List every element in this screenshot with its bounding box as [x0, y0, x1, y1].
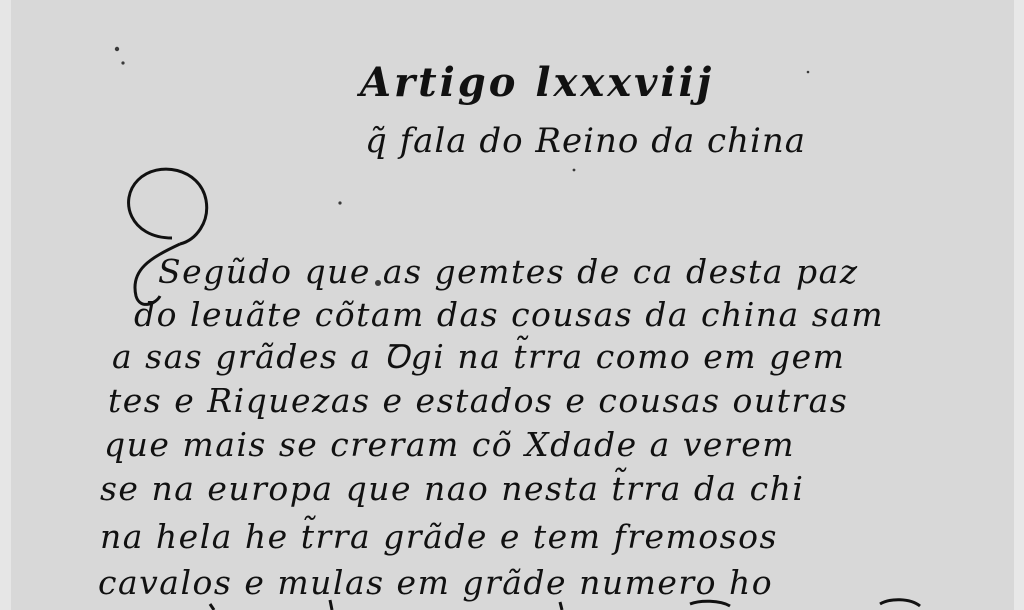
ink-speck — [115, 47, 119, 51]
manuscript-page: Artigo lxxxviij q̃ fala do Reino da chin… — [0, 0, 1024, 610]
manuscript-line-3: a sas grãdes a Ꝺgi na t̃rra como em gem — [112, 334, 845, 376]
manuscript-line-4: tes e Riquezas e estados e cousas outras — [108, 381, 848, 420]
manuscript-line-5: que mais se creram cõ Xdade a verem — [104, 425, 795, 464]
ink-speck — [573, 169, 576, 172]
chapter-subheading: q̃ fala do Reino da china — [365, 121, 806, 161]
manuscript-line-1: Segũdo que as gemtes de ca desta paz — [158, 252, 859, 291]
manuscript-text-layer: Artigo lxxxviij q̃ fala do Reino da chin… — [0, 0, 1024, 610]
chapter-heading: Artigo lxxxviij — [356, 59, 714, 106]
manuscript-line-2: do leuãte cõtam das cousas da china sam — [134, 295, 884, 334]
ink-speck — [338, 201, 341, 204]
ink-speck — [121, 61, 124, 64]
manuscript-line-7: na hela he t̃rra grãde e tem fremosos — [100, 514, 778, 556]
ink-speck — [807, 71, 810, 74]
manuscript-line-6: se na europa que nao nesta t̃rra da chi — [100, 466, 804, 508]
manuscript-line-8: cavalos e mulas em grãde numero ho — [98, 563, 773, 602]
